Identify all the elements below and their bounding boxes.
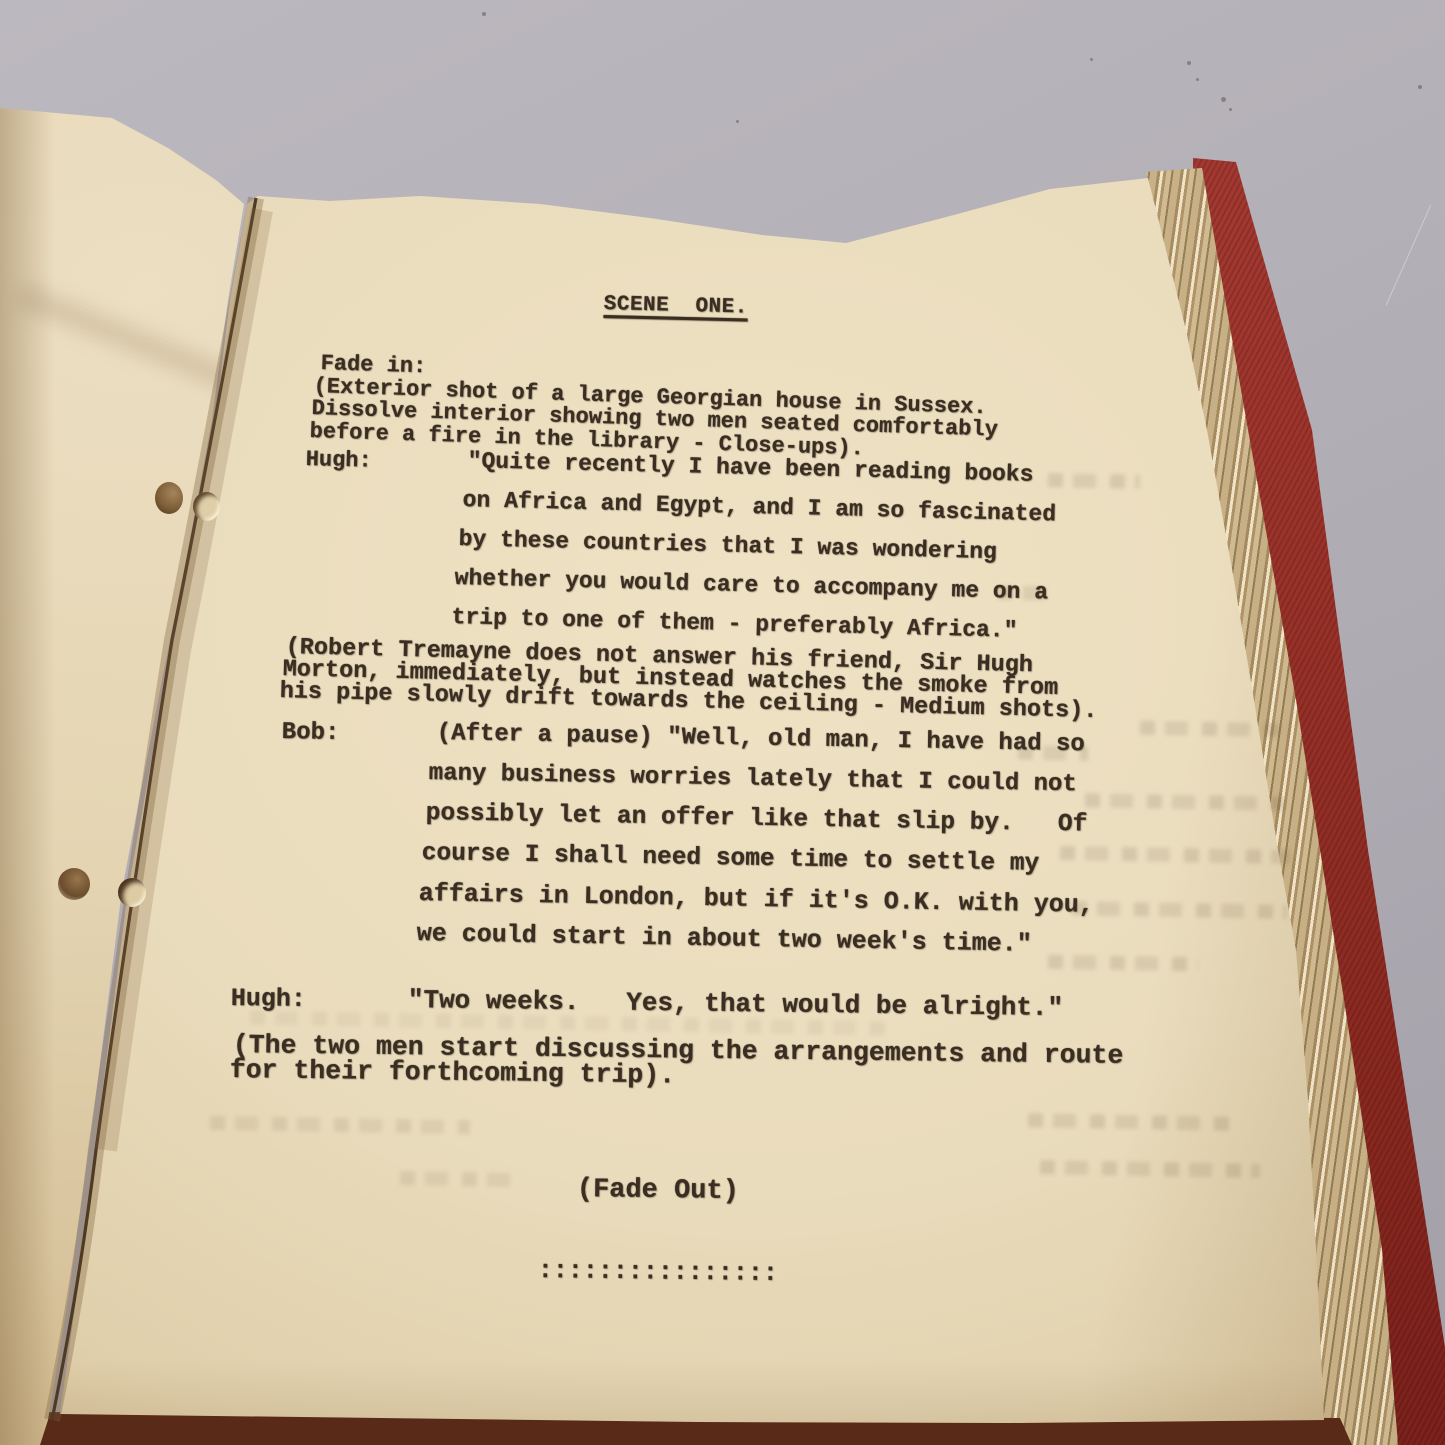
ghost-text-smudge <box>400 1171 512 1187</box>
speaker-name-hugh: Hugh: <box>231 986 306 1013</box>
stage-direction-line: for their forthcoming trip). <box>230 1057 676 1090</box>
ghost-text-smudge <box>1048 955 1198 972</box>
punch-hole <box>58 868 90 900</box>
punch-hole <box>118 878 146 907</box>
punch-hole <box>193 492 220 521</box>
punch-hole <box>155 482 183 514</box>
ghost-text-smudge <box>1140 721 1290 738</box>
speaker-name-hugh: Hugh: <box>305 448 372 473</box>
photo-of-script-page: SCENE ONE. Fade in: (Exterior shot of a … <box>0 0 1445 1445</box>
speaker-name-bob: Bob: <box>282 720 340 746</box>
ghost-text-smudge <box>1048 473 1140 489</box>
fade-out: (Fade Out) <box>577 1176 739 1206</box>
divider-colons: :::::::::::::::: <box>538 1258 778 1287</box>
scene-heading: SCENE ONE. <box>603 294 748 320</box>
